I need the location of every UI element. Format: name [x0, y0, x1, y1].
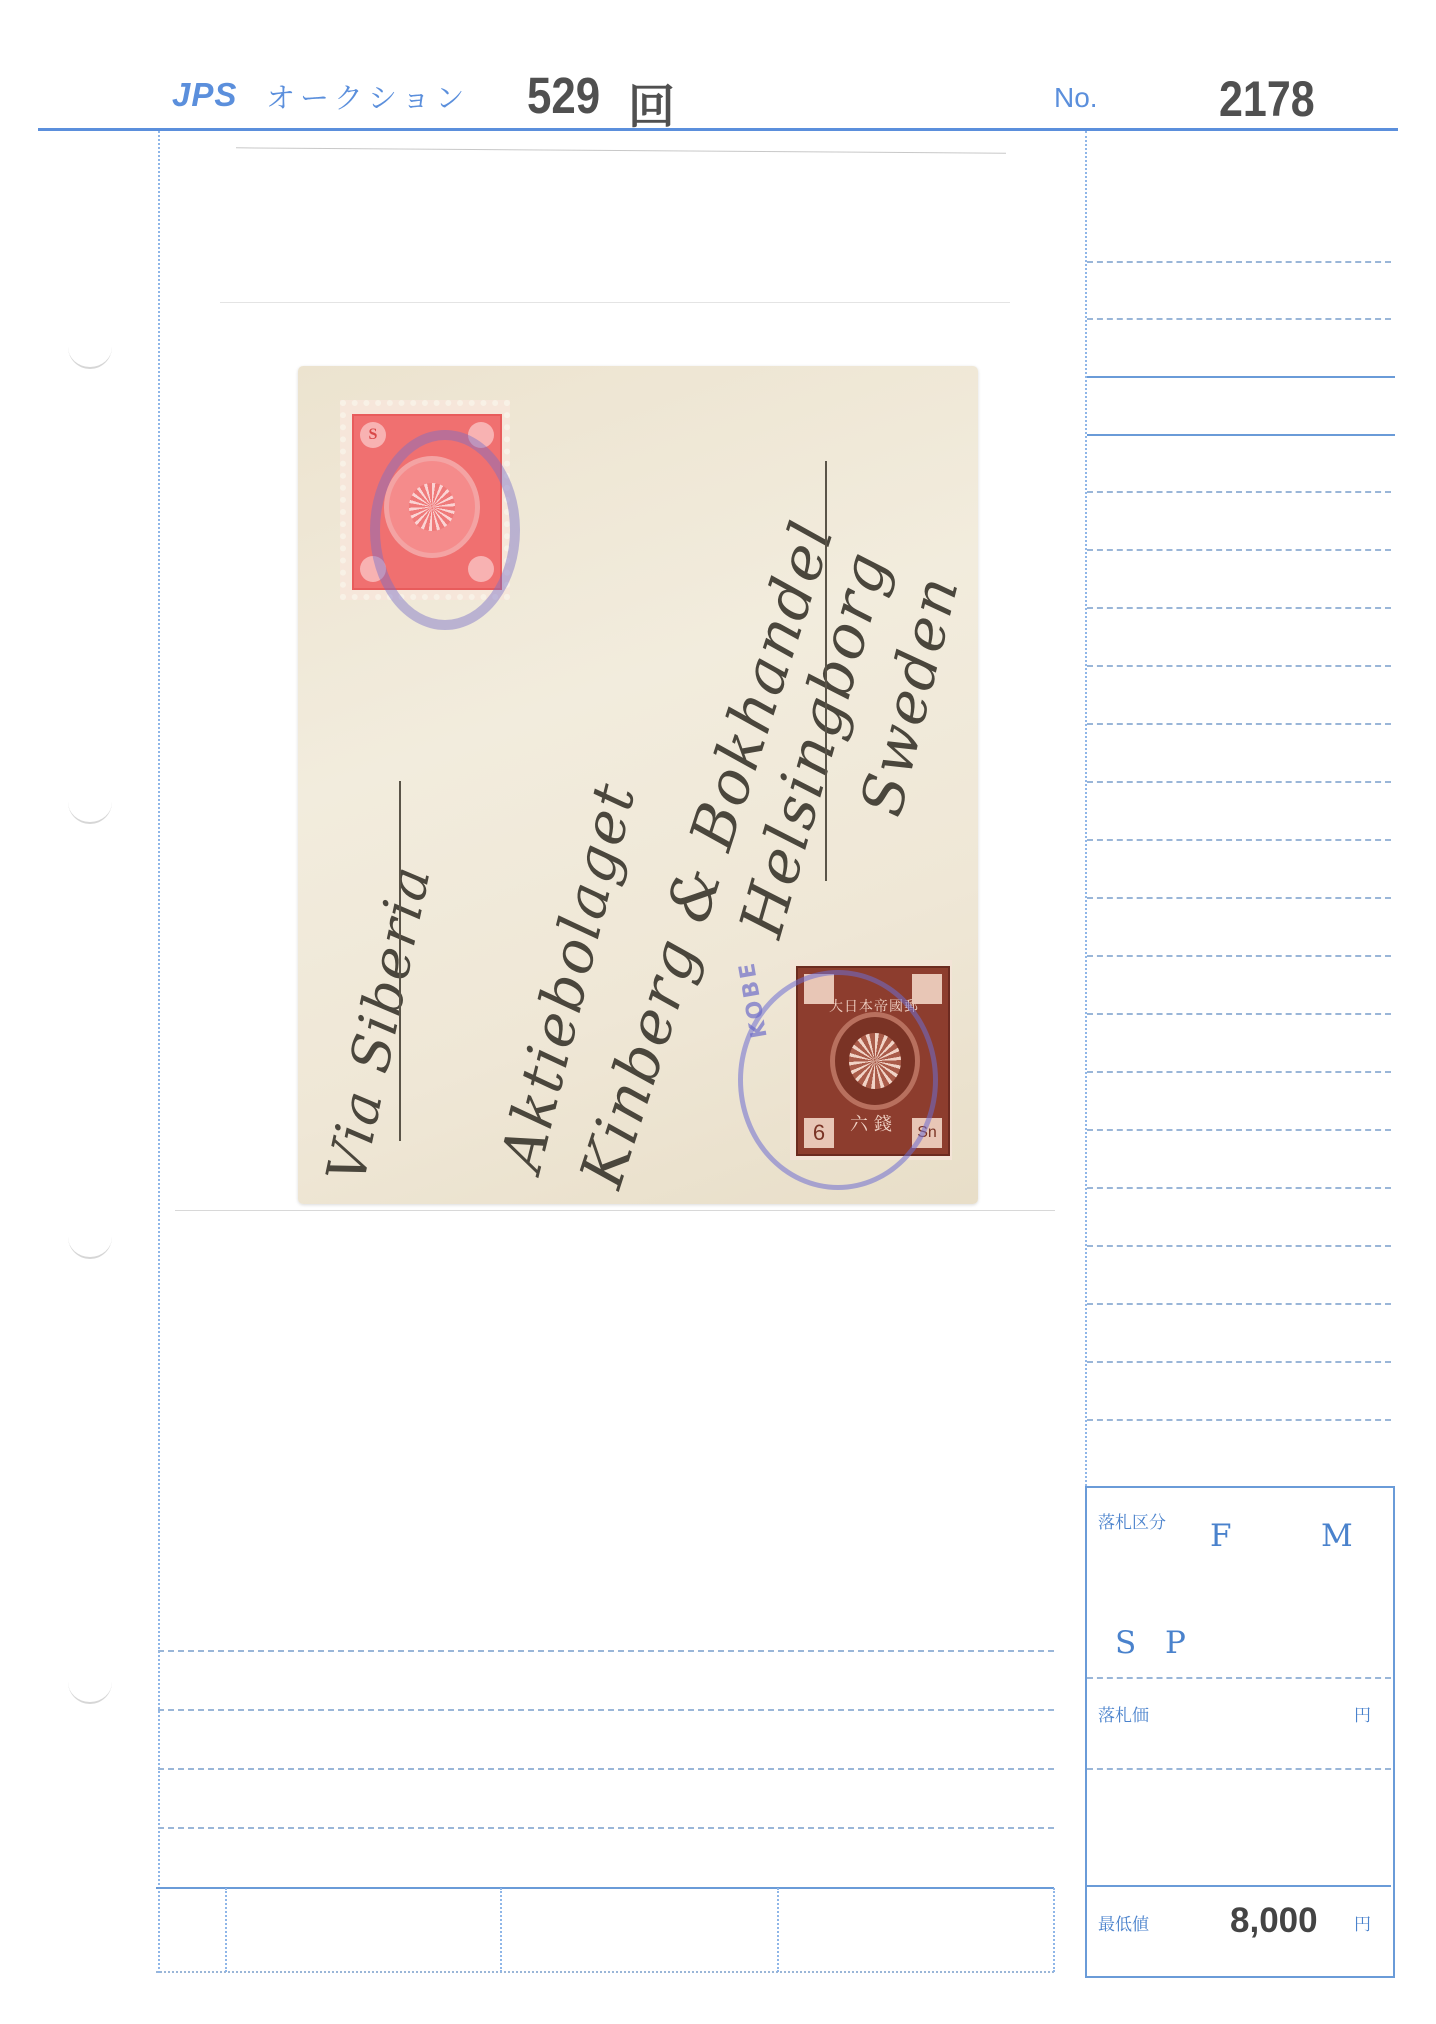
notes-line [1087, 897, 1391, 899]
binder-hole-icon [68, 345, 112, 369]
postmark-cancel [738, 970, 938, 1190]
notes-line [1087, 1013, 1391, 1015]
table-cell[interactable] [502, 1890, 776, 1970]
right-column-divider [1085, 131, 1087, 1486]
binder-hole-icon [68, 1235, 112, 1259]
notes-line [1087, 1303, 1391, 1305]
notes-line [1087, 1361, 1391, 1363]
notes-line [158, 1768, 1054, 1770]
left-margin-line [158, 131, 160, 1973]
category-option-f[interactable]: F [1210, 1518, 1232, 1554]
notes-line [1087, 1245, 1391, 1247]
hammer-price-field[interactable] [1170, 1690, 1330, 1730]
table-cell-divider [1053, 1888, 1055, 1972]
lot-number: 2178 [1219, 70, 1315, 128]
notes-line [1087, 1187, 1391, 1189]
notes-line [1087, 318, 1391, 320]
notes-line [1087, 781, 1391, 783]
notes-line [158, 1650, 1054, 1652]
brand-subtitle: オークション [266, 76, 469, 117]
table-bottom-rule [156, 1971, 1054, 1973]
notes-line [1087, 1129, 1391, 1131]
bid-form-divider [1087, 1885, 1391, 1887]
stamp-corner-ornament [912, 974, 942, 1004]
category-option-s[interactable]: S [1115, 1625, 1136, 1661]
notes-line [1087, 491, 1391, 493]
table-cell[interactable] [160, 1890, 224, 1970]
notes-line [158, 1827, 1054, 1829]
notes-line-solid [1087, 376, 1395, 378]
binder-hole-icon [68, 800, 112, 824]
auction-session-number: 529 [527, 66, 600, 125]
table-cell[interactable] [779, 1890, 1052, 1970]
category-option-m[interactable]: M [1321, 1518, 1353, 1554]
notes-line-solid [1087, 434, 1395, 436]
min-price-label: 最低値 [1098, 1910, 1149, 1935]
handwriting-underline [825, 461, 827, 881]
brand-logo: JPS [172, 76, 237, 114]
hammer-price-label: 落札価 [1098, 1701, 1149, 1726]
header-rule [38, 128, 1398, 131]
table-cell[interactable] [227, 1890, 499, 1970]
binder-hole-icon [68, 1680, 112, 1704]
bid-form-divider [1087, 1768, 1391, 1770]
notes-line [1087, 607, 1391, 609]
min-price-value: 8,000 [1230, 1901, 1318, 1941]
sleeve-edge [175, 1210, 1055, 1211]
sleeve-edge [220, 302, 1010, 303]
category-label: 落札区分 [1098, 1508, 1166, 1533]
hammer-price-currency: 円 [1354, 1701, 1371, 1726]
notes-line [1087, 665, 1391, 667]
postmark-cancel [370, 430, 520, 630]
sleeve-edge [236, 147, 1006, 153]
notes-line [158, 1709, 1054, 1711]
notes-line [1087, 1419, 1391, 1421]
notes-line [1087, 261, 1391, 263]
min-price-currency: 円 [1354, 1910, 1371, 1935]
bid-form-divider [1087, 1677, 1391, 1679]
lot-number-label: No. [1054, 82, 1098, 114]
notes-line [1087, 549, 1391, 551]
auction-session-suffix: 回 [628, 70, 675, 137]
notes-line [1087, 1071, 1391, 1073]
table-top-rule [156, 1887, 1054, 1889]
notes-line [1087, 839, 1391, 841]
category-option-p[interactable]: P [1165, 1625, 1186, 1661]
notes-line [1087, 723, 1391, 725]
notes-line [1087, 955, 1391, 957]
handwriting-underline [399, 781, 401, 1141]
stamp-corner-mark: S [360, 422, 386, 448]
